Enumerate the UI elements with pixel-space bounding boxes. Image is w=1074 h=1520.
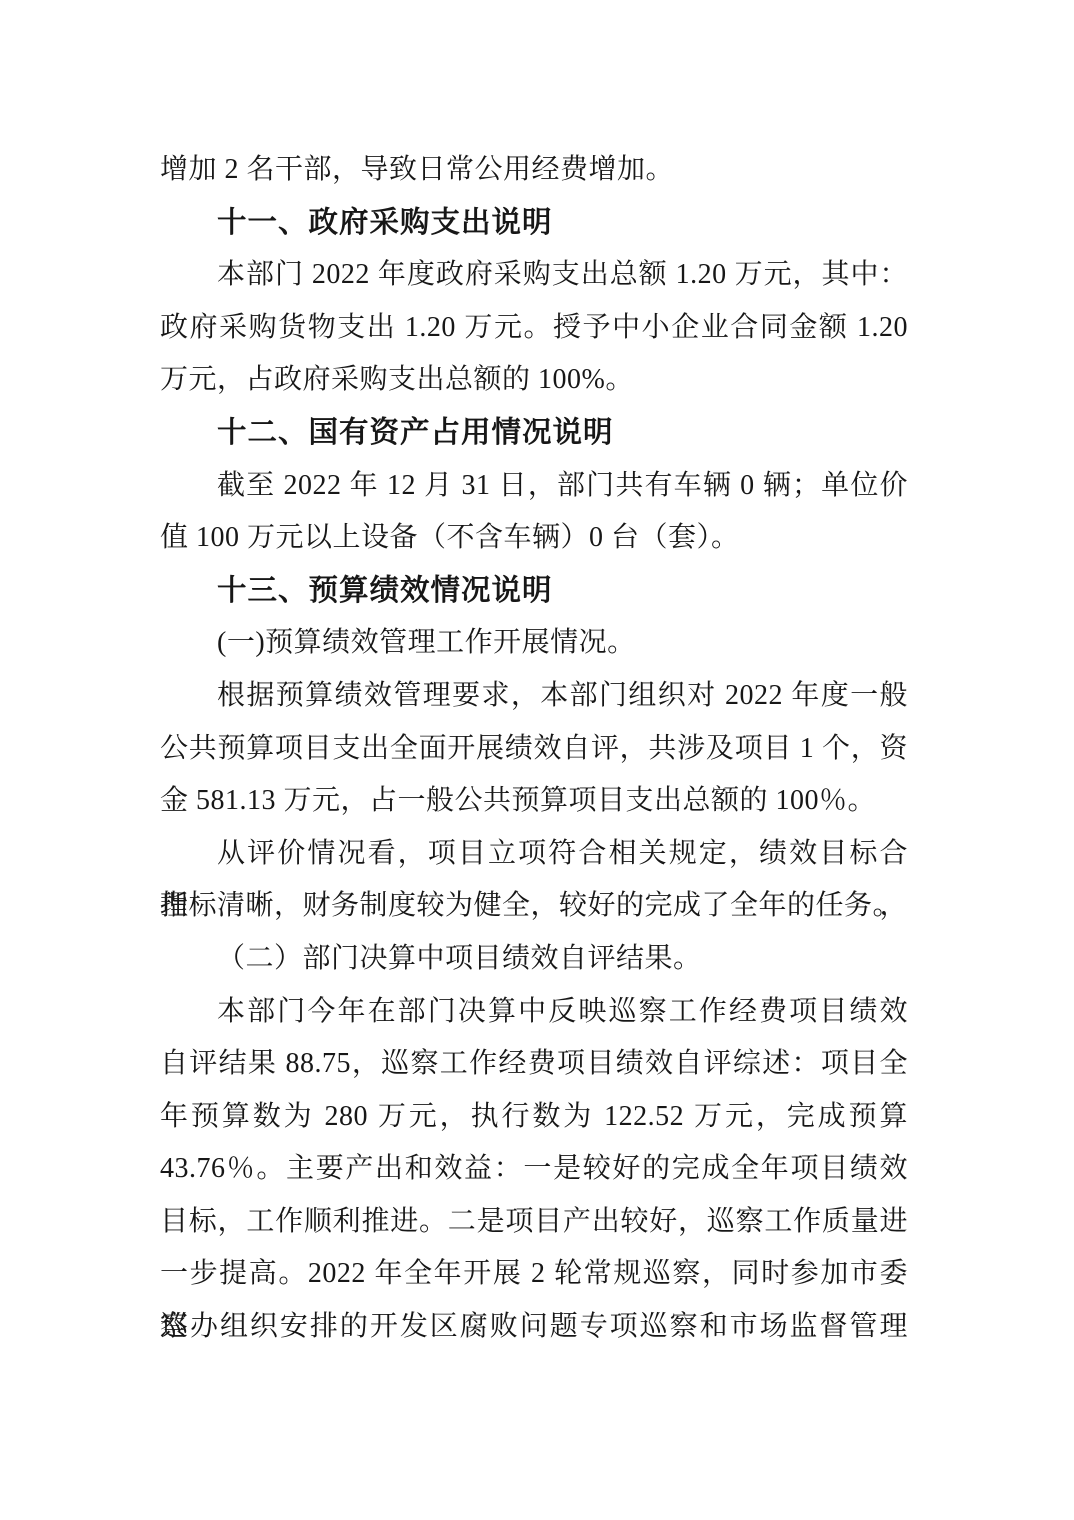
- heading-section-11: 十一、政府采购支出说明: [160, 197, 908, 250]
- body-line: 察办组织安排的开发区腐败问题专项巡察和市场监督管理: [160, 1301, 908, 1354]
- body-line: 一步提高。2022 年全年开展 2 轮常规巡察，同时参加市委巡: [160, 1248, 908, 1301]
- heading-section-12: 十二、国有资产占用情况说明: [160, 407, 908, 460]
- body-line: 值 100 万元以上设备（不含车辆）0 台（套）。: [160, 512, 908, 565]
- body-line: 截至 2022 年 12 月 31 日，部门共有车辆 0 辆；单位价: [160, 460, 908, 513]
- subsection-2-title: （二）部门决算中项目绩效自评结果。: [160, 933, 908, 986]
- body-line: 43.76％。主要产出和效益：一是较好的完成全年项目绩效: [160, 1143, 908, 1196]
- body-line: 金 581.13 万元，占一般公共预算项目支出总额的 100％。: [160, 775, 908, 828]
- body-line: 本部门今年在部门决算中反映巡察工作经费项目绩效: [160, 986, 908, 1039]
- body-line: 目标，工作顺利推进。二是项目产出较好，巡察工作质量进: [160, 1196, 908, 1249]
- body-line-continuation: 增加 2 名干部，导致日常公用经费增加。: [160, 144, 908, 197]
- body-line: 本部门 2022 年度政府采购支出总额 1.20 万元，其中：: [160, 249, 908, 302]
- body-line: 公共预算项目支出全面开展绩效自评，共涉及项目 1 个，资: [160, 723, 908, 776]
- body-line: 自评结果 88.75，巡察工作经费项目绩效自评综述：项目全: [160, 1038, 908, 1091]
- body-line: 指标清晰，财务制度较为健全，较好的完成了全年的任务。: [160, 880, 908, 933]
- body-line: 万元，占政府采购支出总额的 100%。: [160, 354, 908, 407]
- document-page: 增加 2 名干部，导致日常公用经费增加。 十一、政府采购支出说明 本部门 202…: [0, 0, 1074, 1520]
- body-line: 年预算数为 280 万元，执行数为 122.52 万元，完成预算: [160, 1091, 908, 1144]
- document-content: 增加 2 名干部，导致日常公用经费增加。 十一、政府采购支出说明 本部门 202…: [160, 144, 908, 1354]
- body-line: 政府采购货物支出 1.20 万元。授予中小企业合同金额 1.20: [160, 302, 908, 355]
- body-line: 根据预算绩效管理要求，本部门组织对 2022 年度一般: [160, 670, 908, 723]
- heading-section-13: 十三、预算绩效情况说明: [160, 565, 908, 618]
- subsection-1-title: (一)预算绩效管理工作开展情况。: [160, 617, 908, 670]
- body-line: 从评价情况看，项目立项符合相关规定，绩效目标合理，: [160, 828, 908, 881]
